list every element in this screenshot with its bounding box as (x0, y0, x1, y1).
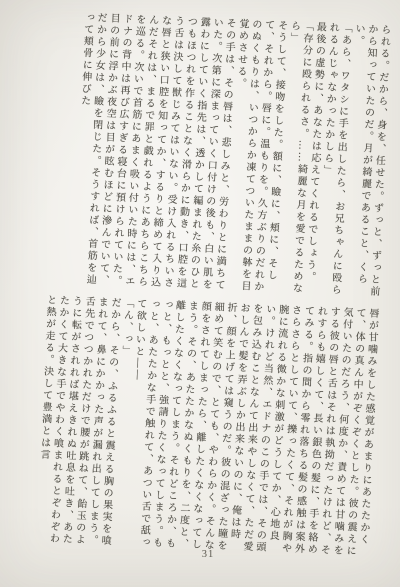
book-page: られる。だから、身を、任せた。ずっと、ずっと前から知っていたのだ。月が綺麗である… (0, 0, 400, 587)
paragraph: だから、その、ふるふると震える胸の果実を喰まれて、鼻にかかった声が漏れ出してしま… (32, 294, 120, 557)
paragraph: 唇が甘噛みをした感覚があまりにあたたかくて、体の真ん中がぞくぞくとした。彼の震え… (122, 298, 378, 568)
paragraph: その手は、その唇は、悲しみと、労わりとに満ちていた。次第に深まっていく口付けの後… (69, 11, 235, 293)
upper-text-band: られる。だから、身を、任せた。ずっと、ずっと前から知っていたのだ。月が綺麗である… (69, 11, 390, 300)
scanned-text-block: られる。だから、身を、任せた。ずっと、ずっと前から知っていたのだ。月が綺麗である… (35, 5, 390, 574)
lower-text-band: 唇が甘噛みをした感覚があまりにあたたかくて、体の真ん中がぞくぞくとした。彼の震え… (32, 294, 378, 568)
page-number-label: 31 (188, 549, 228, 560)
